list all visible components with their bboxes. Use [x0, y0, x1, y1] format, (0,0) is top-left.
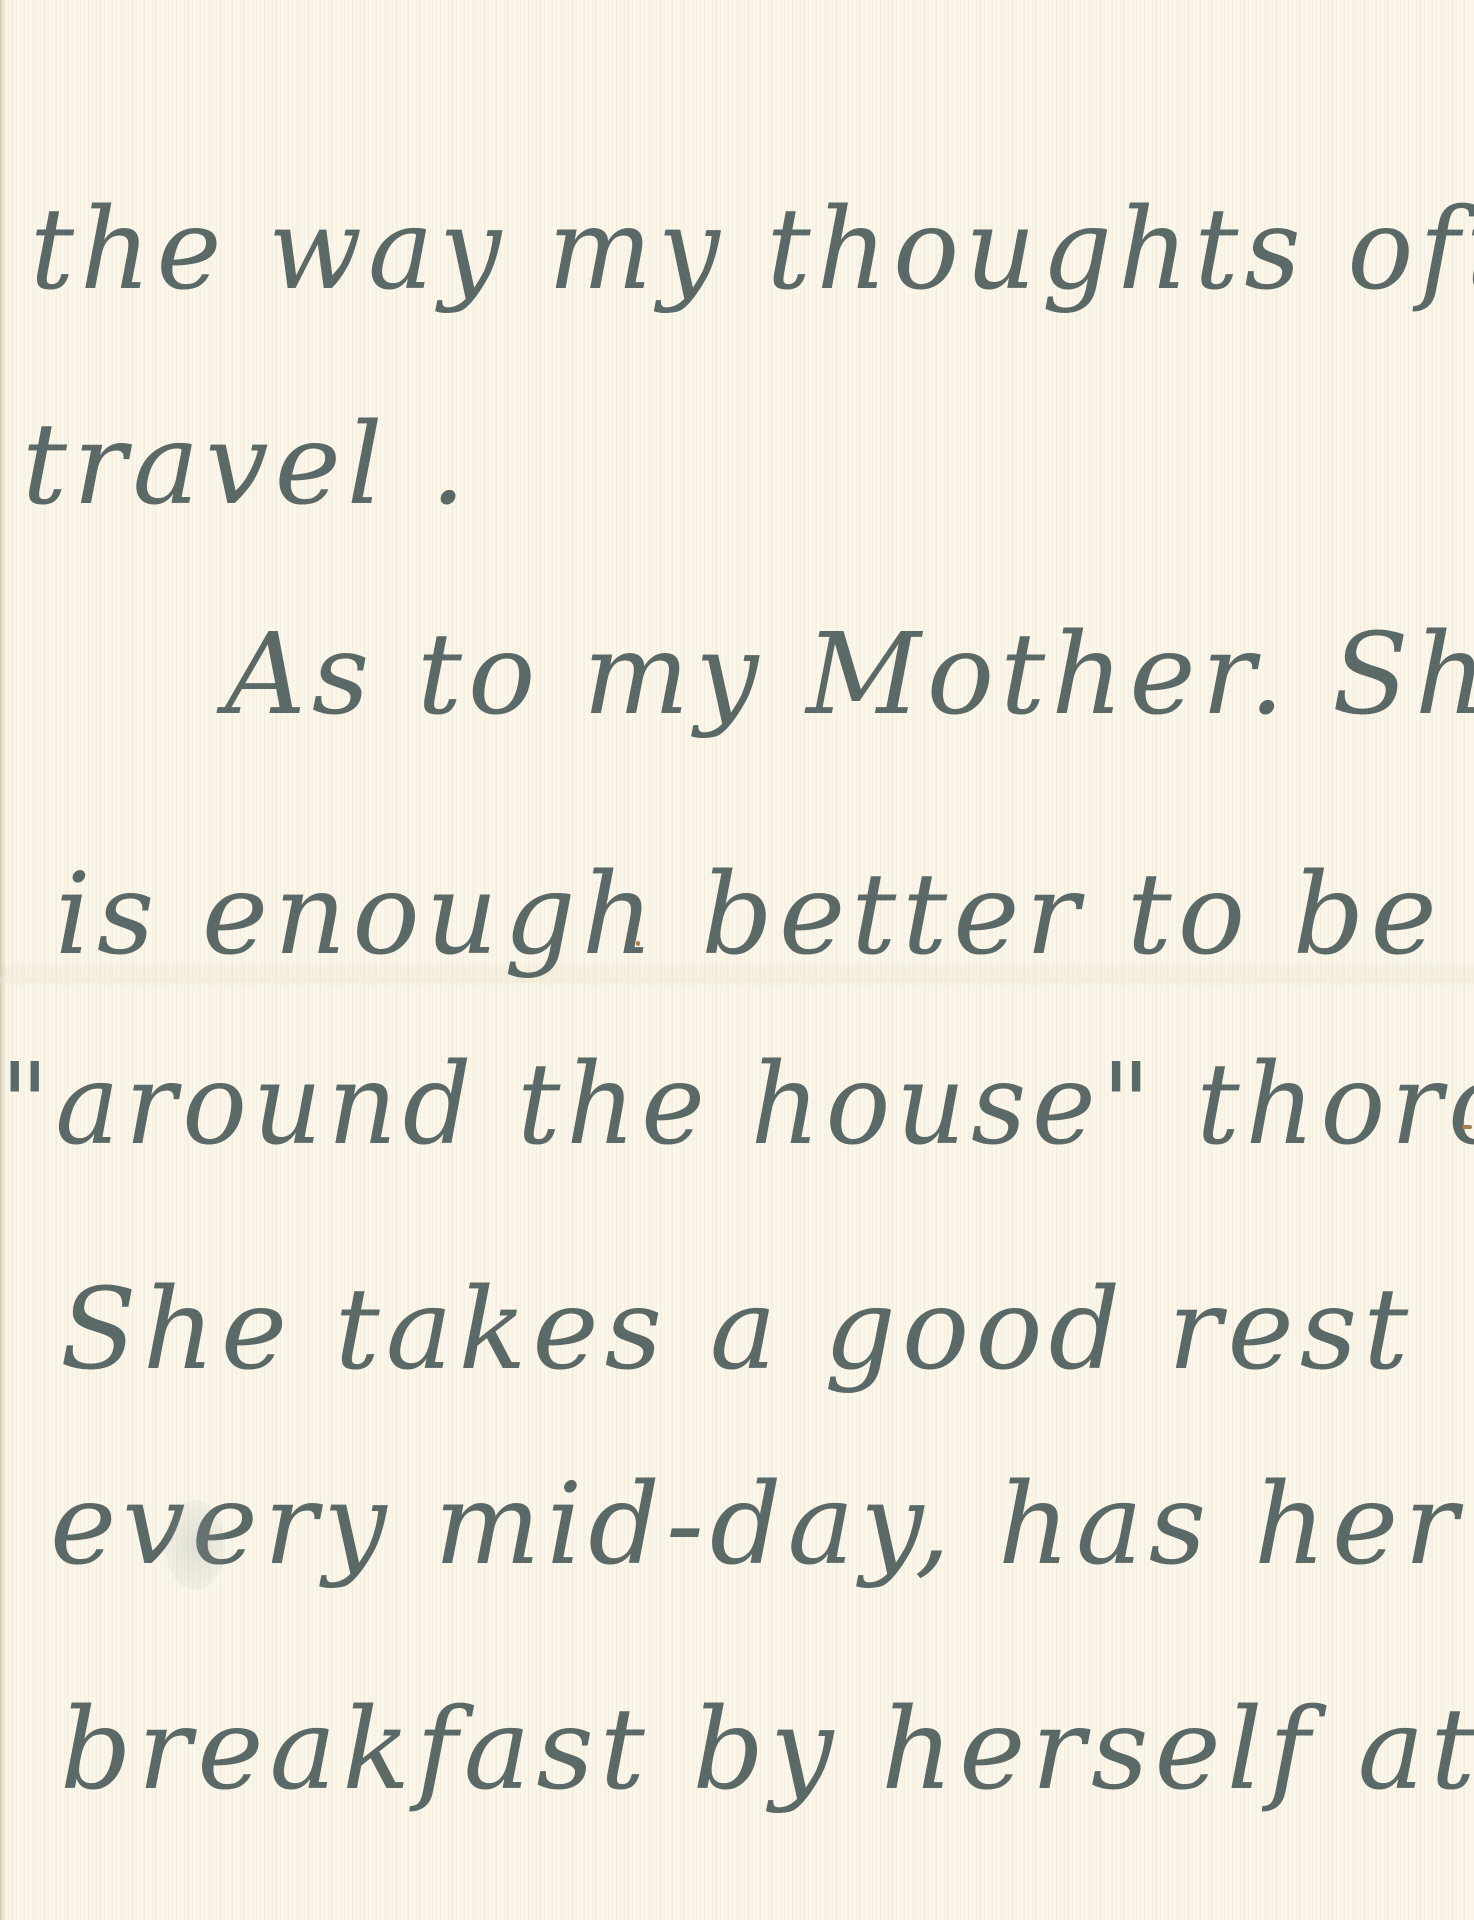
- letter-line-2: travel .: [22, 400, 472, 530]
- paper-edge-mark: [1462, 1125, 1472, 1129]
- letter-line-3: As to my Mother. She: [225, 610, 1474, 740]
- paper-speck: [636, 941, 640, 946]
- ink-smudge: [165, 1500, 225, 1590]
- letter-line-6: She takes a good rest: [60, 1265, 1414, 1395]
- letter-line-1: the way my thoughts often: [30, 185, 1474, 315]
- paper-left-edge: [0, 0, 6, 1920]
- letter-page: the way my thoughts often travel . As to…: [0, 0, 1474, 1920]
- letter-line-7: every mid-day, has her: [50, 1460, 1464, 1590]
- letter-line-4: is enough better to be: [55, 850, 1443, 980]
- letter-line-5: "around the house" thoroughly.: [0, 1040, 1474, 1170]
- letter-line-8: breakfast by herself at any: [60, 1685, 1474, 1815]
